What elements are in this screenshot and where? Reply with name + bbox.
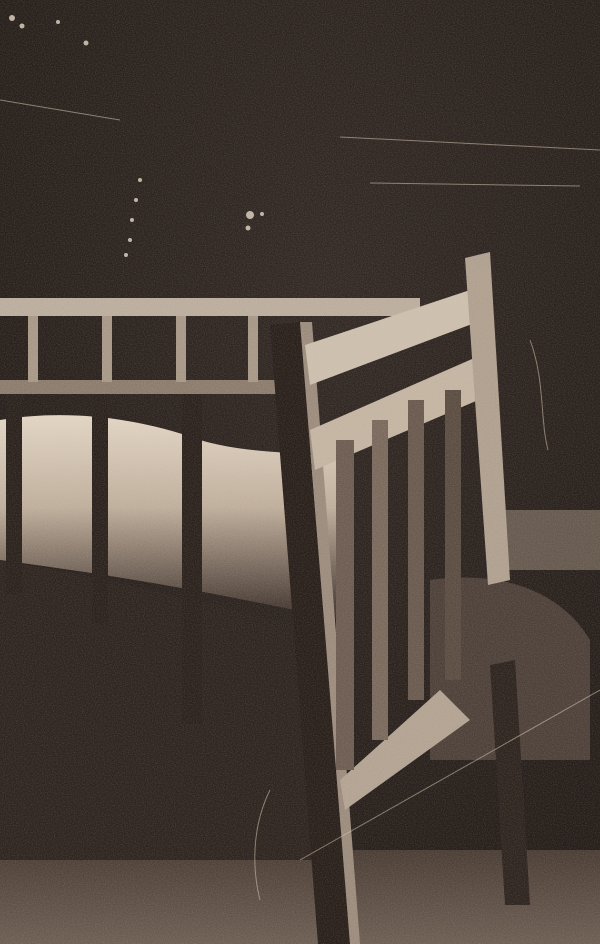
film-grain bbox=[0, 0, 600, 944]
photo-scene bbox=[0, 0, 600, 944]
sepia-photograph bbox=[0, 0, 600, 944]
